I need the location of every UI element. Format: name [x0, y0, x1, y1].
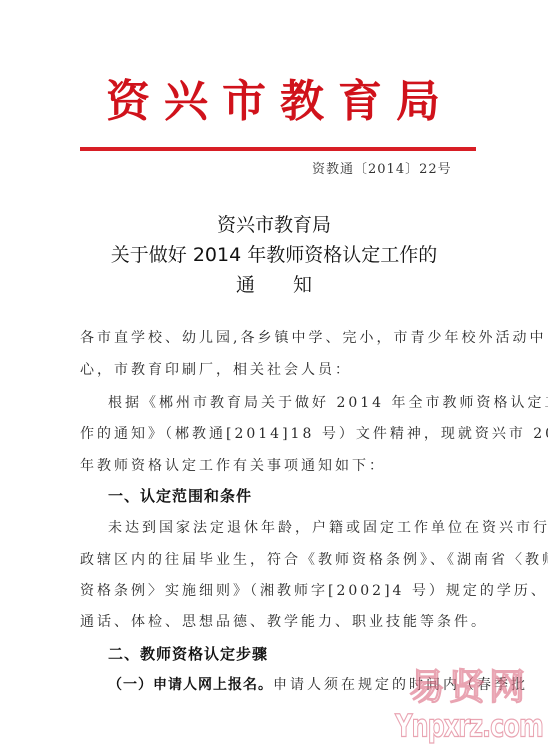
section-1-line-3: 资格条例〉实施细则》（湘教师字[2002]4 号）规定的学历、普: [80, 580, 548, 600]
addressee-line-1: 各市直学校、幼儿园,各乡镇中学、完小，市青少年校外活动中: [80, 327, 546, 347]
section-1-line-1: 未达到国家法定退休年龄，户籍或固定工作单位在资兴市行: [108, 517, 548, 537]
section-1-line-2: 政辖区内的往届毕业生，符合《教师资格条例》、《湖南省〈教师: [80, 549, 548, 569]
addressee-line-2: 心，市教育印刷厂，相关社会人员：: [80, 359, 352, 379]
notice-title: 资兴市教育局 关于做好 2014 年教师资格认定工作的 通知: [0, 210, 548, 300]
title-notice-char-1: 通: [236, 274, 255, 296]
watermark-chinese: 易贤网: [394, 668, 544, 708]
title-subject: 关于做好 2014 年教师资格认定工作的: [0, 240, 548, 270]
intro-line-3: 年教师资格认定工作有关事项通知如下：: [80, 455, 386, 475]
section-1-heading: 一、认定范围和条件: [108, 485, 252, 506]
red-header-rule: [80, 147, 476, 151]
intro-line-2: 作的通知》（郴教通[2014]18 号）文件精神，现就资兴市 2014: [80, 423, 548, 443]
site-watermark: 易贤网 Ynpxrz.com: [394, 668, 544, 736]
title-issuer: 资兴市教育局: [0, 210, 548, 240]
intro-line-1: 根据《郴州市教育局关于做好 2014 年全市教师资格认定工: [108, 392, 548, 412]
watermark-domain: Ynpxrz.com: [394, 708, 544, 744]
document-number: 资教通〔2014〕22号: [312, 158, 452, 177]
section-1-line-4: 通话、体检、思想品德、教学能力、职业技能等条件。: [80, 611, 488, 631]
section-2-heading: 二、教师资格认定步骤: [108, 643, 268, 664]
step-1-label: （一）申请人网上报名。: [108, 677, 273, 693]
title-notice-char-2: 知: [293, 274, 312, 296]
masthead-title: 资兴市教育局: [0, 76, 548, 128]
title-notice: 通知: [0, 270, 548, 300]
